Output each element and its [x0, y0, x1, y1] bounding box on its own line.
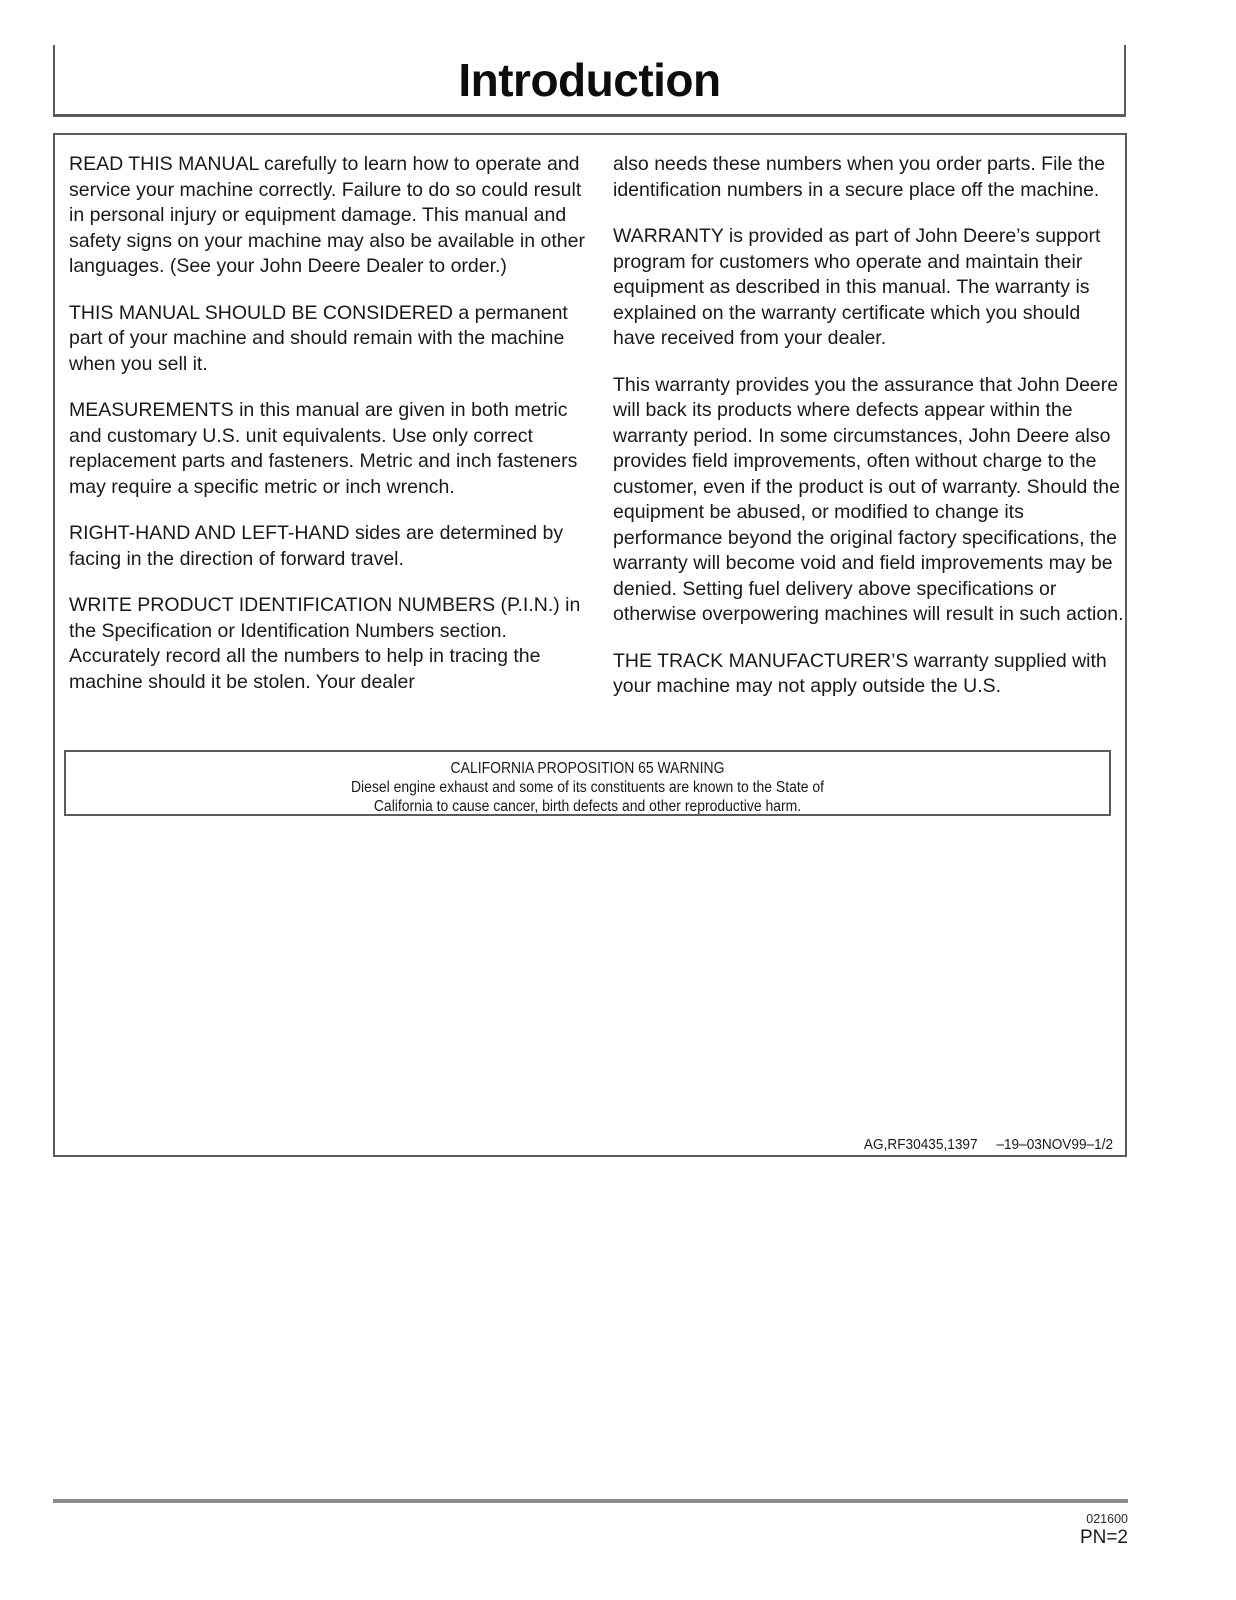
paragraph-write-pin: WRITE PRODUCT IDENTIFICATION NUMBERS (P.…: [69, 593, 585, 695]
footer-divider-rule: [53, 1499, 1128, 1503]
text-column-left: READ THIS MANUAL carefully to learn how …: [69, 152, 585, 695]
revision-stamp: AG,RF30435,1397–19–03NOV99–1/2: [864, 1137, 1113, 1153]
california-prop65-warning-box: CALIFORNIA PROPOSITION 65 WARNING Diesel…: [64, 750, 1111, 816]
paragraph-this-manual-considered: THIS MANUAL SHOULD BE CONSIDERED a perma…: [69, 301, 585, 378]
chapter-title-box: Introduction: [53, 45, 1126, 117]
stamp-reference-code: AG,RF30435,1397: [864, 1137, 978, 1153]
paragraph-track-manufacturer: THE TRACK MANUFACTURER’S warranty suppli…: [613, 649, 1125, 700]
footer-page-number: PN=2: [1080, 1527, 1128, 1549]
paragraph-measurements: MEASUREMENTS in this manual are given in…: [69, 398, 585, 500]
warning-text-block: CALIFORNIA PROPOSITION 65 WARNING Diesel…: [118, 752, 1057, 816]
manual-text-frame: READ THIS MANUAL carefully to learn how …: [53, 133, 1127, 1157]
warning-line-2: California to cause cancer, birth defect…: [118, 797, 1057, 816]
paragraph-right-hand-left-hand: RIGHT-HAND AND LEFT-HAND sides are deter…: [69, 521, 585, 572]
paragraph-warranty-assurance: This warranty provides you the assurance…: [613, 373, 1125, 628]
paragraph-warranty: WARRANTY is provided as part of John Dee…: [613, 224, 1125, 352]
stamp-revision-date: –19–03NOV99–1/2: [996, 1137, 1113, 1153]
warning-title: CALIFORNIA PROPOSITION 65 WARNING: [118, 759, 1057, 778]
paragraph-order-parts: also needs these numbers when you order …: [613, 152, 1125, 203]
page-title: Introduction: [458, 53, 720, 107]
paragraph-read-this-manual: READ THIS MANUAL carefully to learn how …: [69, 152, 585, 280]
text-column-right: also needs these numbers when you order …: [613, 152, 1125, 700]
footer-print-code: 021600: [1086, 1512, 1128, 1526]
warning-line-1: Diesel engine exhaust and some of its co…: [118, 778, 1057, 797]
